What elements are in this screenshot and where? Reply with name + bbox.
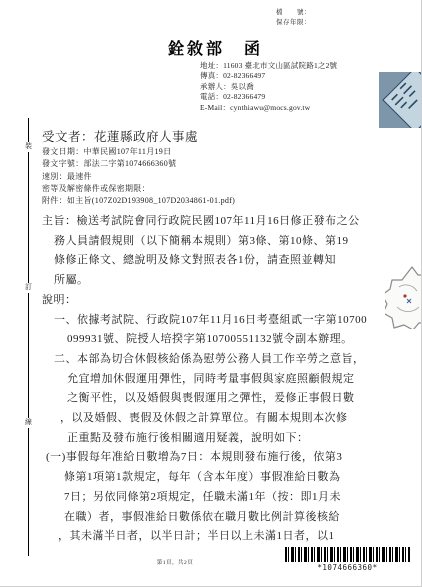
letter-body: 主旨：檢送考試院會同行政院民國107年11月16日修正發布之公 務人員請假規則（… bbox=[0, 212, 422, 547]
electronic-exchange-stamp bbox=[379, 72, 422, 128]
contact-phone: 電話：02-82366479 bbox=[200, 92, 337, 102]
body-line: ，其未滿半日者，以半日計；半日以上未滿1日者，以1 bbox=[0, 527, 422, 547]
body-line: 在職）者，事假准給日數係依在職月數比例計算後核給 bbox=[0, 508, 422, 528]
speed-class: 速別：最速件 bbox=[42, 171, 235, 183]
flower-seal-icon bbox=[385, 263, 422, 329]
binding-char-xian: 線 bbox=[23, 418, 34, 427]
body-line-subitem-1: (一)事假每年准給日數增為7日：本規則發布施行後，依第3 bbox=[0, 448, 422, 468]
official-seal bbox=[385, 263, 422, 329]
meta-block: 發文日期：中華民國107年11月19日 發文字號：部法二字第1074666360… bbox=[42, 146, 235, 207]
binding-line-segment bbox=[28, 152, 29, 283]
barcode-number: *1074666360* bbox=[285, 563, 410, 572]
file-number-label: 檔 號： bbox=[255, 8, 311, 18]
body-line: 條第1項第1款規定，每年（含本年度）事假准給日數為 bbox=[0, 468, 422, 488]
attachment-line: 附件：如主旨(107Z02D193908_107D2034861-01.pdf) bbox=[42, 195, 235, 207]
binding-line-segment bbox=[28, 293, 29, 418]
body-line-subject: 主旨：檢送考試院會同行政院民國107年11月16日修正發布之公 bbox=[0, 212, 422, 232]
binding-line-segment bbox=[28, 428, 29, 556]
body-line-item-2: 二、本部為切合休假核給係為慰勞公務人員工作辛勞之意旨， bbox=[0, 350, 422, 370]
binding-char-ding: 訂 bbox=[23, 283, 34, 292]
retention-period-label: 保存年限： bbox=[255, 18, 311, 28]
file-number-block: 檔 號： 保存年限： bbox=[255, 8, 311, 27]
body-line: 允宜增加休假運用彈性，同時考量事假與家庭照顧假規定 bbox=[0, 370, 422, 390]
binding-char-zhuang: 裝 bbox=[23, 142, 34, 151]
barcode bbox=[285, 547, 410, 562]
doc-number: 發文字號：部法二字第1074666360號 bbox=[42, 158, 235, 170]
contact-block: 地址：11603 臺北市文山區試院路1之2號 傳真：02-82366497 承辦… bbox=[200, 61, 337, 113]
contact-address: 地址：11603 臺北市文山區試院路1之2號 bbox=[200, 61, 337, 71]
body-line-explanation-header: 說明： bbox=[0, 291, 422, 311]
binding-line-segment bbox=[28, 118, 29, 142]
official-letter-page: 檔 號： 保存年限： 銓敘部 函 地址：11603 臺北市文山區試院路1之2號 … bbox=[0, 0, 422, 587]
security-class: 密等及解密條件或保密期限： bbox=[42, 183, 235, 195]
issue-date: 發文日期：中華民國107年11月19日 bbox=[42, 146, 235, 158]
body-line: 所屬。 bbox=[0, 271, 422, 291]
body-line: 條修正條文、總說明及條文對照表各1份，請查照並轉知 bbox=[0, 251, 422, 271]
body-line: 之衡平性，以及婚假與喪假運用之彈性，爰修正事假日數 bbox=[0, 389, 422, 409]
contact-handler: 承辦人：吳以喬 bbox=[200, 82, 337, 92]
body-line: ，以及婚假、喪假及休假之計算單位。有關本規則本次修 bbox=[0, 409, 422, 429]
agency-title: 銓敘部 函 bbox=[168, 36, 263, 59]
body-line: 099931號、院授人培揆字第10700551132號令副本辦理。 bbox=[0, 330, 422, 350]
body-line: 正重點及發布施行後相關適用疑義，說明如下： bbox=[0, 429, 422, 449]
contact-fax: 傳真：02-82366497 bbox=[200, 71, 337, 81]
body-line: 務人員請假規則（以下簡稱本規則）第3條、第10條、第19 bbox=[0, 232, 422, 252]
contact-email: E-Mail：cynthiawu@mocs.gov.tw bbox=[200, 103, 337, 113]
body-line: 7日；另依同條第2項規定，任職未滿1年（按：即1月未 bbox=[0, 488, 422, 508]
body-line-item-1: 一、依據考試院、行政院107年11月16日考臺組貳一字第10700 bbox=[0, 311, 422, 331]
page-indicator: 第1頁，共2頁 bbox=[130, 558, 220, 566]
recipient-line: 受文者：花蓮縣政府人事處 bbox=[42, 127, 198, 145]
electronic-exchange-stamp-icon bbox=[379, 72, 422, 128]
